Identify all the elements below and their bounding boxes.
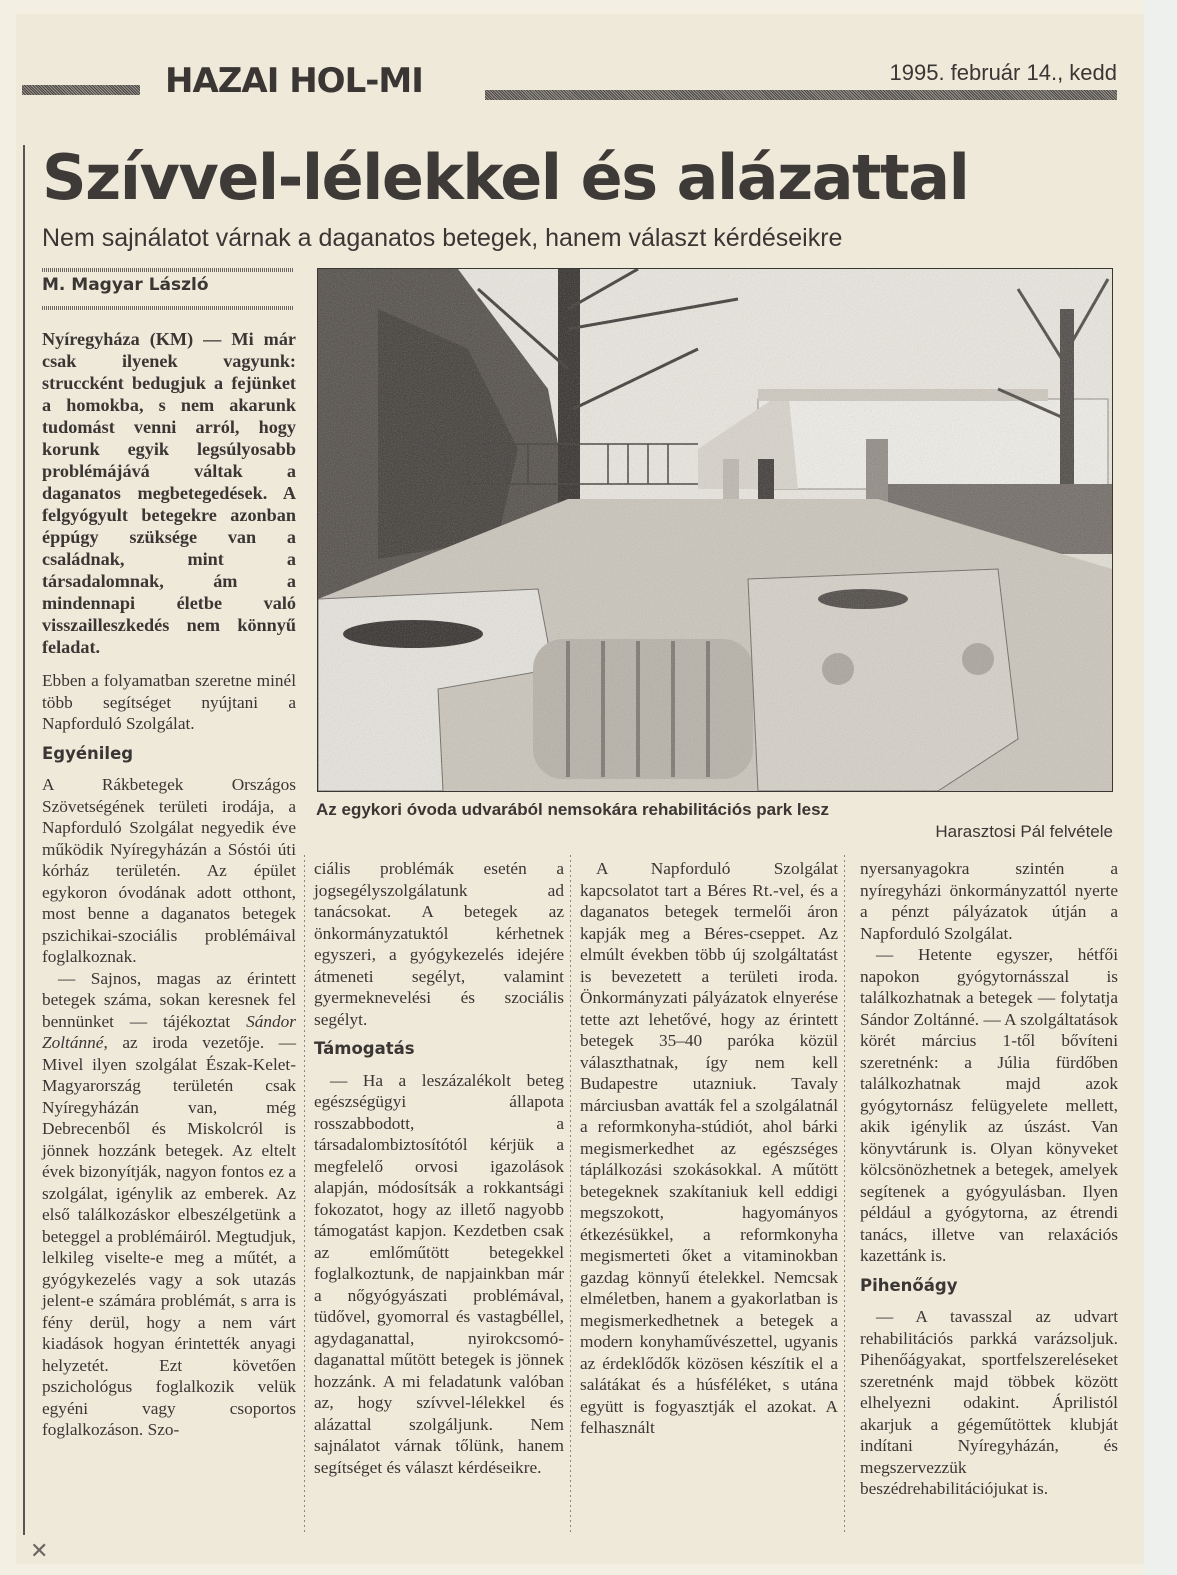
column-divider	[304, 855, 305, 1535]
subheading-pihenoagy: Pihenőágy	[860, 1275, 1118, 1297]
header-hatch-right	[485, 90, 1117, 100]
playground-photo-illustration	[318, 269, 1112, 791]
left-column-rule	[23, 145, 25, 1535]
column-divider	[844, 855, 845, 1535]
column-2: ciális problémák esetén a jogsegélyszolg…	[314, 858, 564, 1478]
lead-paragraph: Nyíregyháza (KM) — Mi már csak ilyenek v…	[42, 328, 296, 658]
photo-caption: Az egykori óvoda udvarából nemsokára reh…	[316, 800, 829, 820]
paragraph: ciális problémák esetén a jogsegélyszolg…	[314, 858, 564, 1030]
article-headline: Szívvel-lélekkel és alázattal	[42, 140, 968, 216]
paragraph: — Ha a leszázalékolt beteg egészségügyi …	[314, 1070, 564, 1479]
header-hatch-left	[22, 85, 140, 95]
subheading-tamogatas: Támogatás	[314, 1038, 564, 1060]
byline-rule-top	[42, 268, 294, 272]
paragraph: — Sajnos, magas az érintett betegek szám…	[42, 968, 296, 1441]
issue-date: 1995. február 14., kedd	[890, 60, 1118, 86]
text: , az iroda vezetője. — Mivel ilyen szolg…	[42, 1033, 296, 1439]
paragraph: A Napforduló Szolgálat kapcsolatot tart …	[580, 858, 838, 1439]
column-divider	[570, 855, 571, 1535]
section-title: HAZAI HOL-MI	[165, 58, 423, 104]
byline-rule-bottom	[42, 306, 294, 310]
scan-margin	[1144, 0, 1177, 1575]
article-photo	[317, 268, 1113, 792]
paragraph: nyersanyagokra szintén a nyíregyházi önk…	[860, 858, 1118, 944]
column-3: A Napforduló Szolgálat kapcsolatot tart …	[580, 858, 838, 1439]
paragraph: — A tavasszal az udvart rehabilitációs p…	[860, 1306, 1118, 1500]
article-subheadline: Nem sajnálatot várnak a daganatos betege…	[42, 224, 842, 253]
column-4: nyersanyagokra szintén a nyíregyházi önk…	[860, 858, 1118, 1500]
intro-paragraph: Ebben a folyamatban szeretne minél több …	[42, 670, 296, 735]
subheading-egyenileg: Egyénileg	[42, 743, 296, 765]
column-1: Nyíregyháza (KM) — Mi már csak ilyenek v…	[42, 328, 296, 1441]
byline: M. Magyar László	[42, 275, 209, 295]
section-header: HAZAI HOL-MI 1995. február 14., kedd	[22, 58, 1117, 104]
paragraph: — Hetente egyszer, hétfői napokon gyógyt…	[860, 944, 1118, 1267]
paragraph: A Rákbetegek Országos Szövetségének terü…	[42, 774, 296, 968]
photo-credit: Harasztosi Pál felvétele	[935, 822, 1113, 842]
pen-mark: ✕	[30, 1538, 48, 1564]
